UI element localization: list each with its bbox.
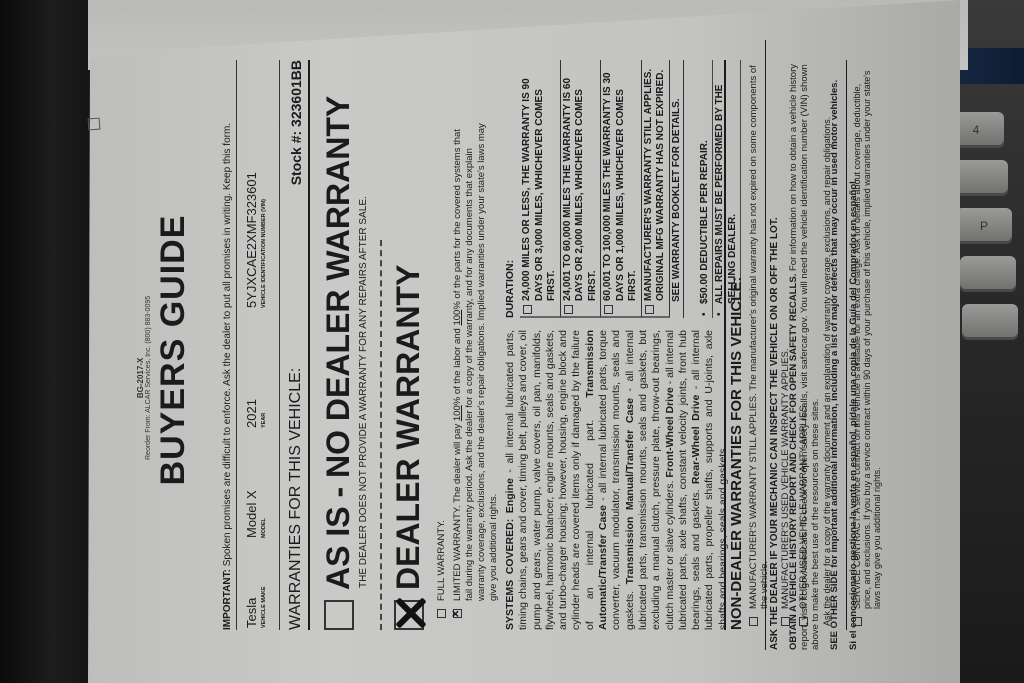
form-code: BG-2017-X [136,296,145,460]
important-text: Spoken promises are difficult to enforce… [222,123,233,566]
as-is-heading: AS IS - NO DEALER WARRANTY [320,96,357,590]
limited-warranty-option[interactable]: LIMITED WARRANTY. The dealer will pay 10… [452,120,500,618]
duration-label: DURATION: [504,60,516,318]
vehicle-model: Model X [244,430,259,538]
history-report: OBTAIN A VEHICLE HISTORY REPORT AND CHEC… [788,40,821,650]
labor-percent: 100 [452,405,463,421]
duration-checkbox[interactable] [564,305,573,314]
important-notice: IMPORTANT: Spoken promises are difficult… [222,60,237,630]
system-description: - all internal lubricated parts, timing … [504,330,596,630]
full-warranty-option[interactable]: FULL WARRANTY. [436,120,447,618]
full-warranty-label: FULL WARRANTY. [436,520,447,601]
vehicle-info-row: Tesla VEHICLE MAKE Model X MODEL 2021 YE… [244,60,280,630]
keyboard-key [962,304,1018,340]
duration-text: 24,000 MILES OR LESS, THE WARRANTY IS 90… [521,62,559,301]
limited-warranty-text: LIMITED WARRANTY. The dealer will pay 10… [452,120,500,601]
systems-covered: SYSTEMS COVERED: Engine - all internal l… [504,330,741,630]
stock-value: 323601BB [288,60,304,127]
systems-covered-list: Engine - all internal lubricated parts, … [504,330,729,630]
keyboard-key [960,256,1016,292]
vehicle-year-cell: 2021 YEAR [244,310,279,430]
dark-background [0,0,90,683]
keyboard-key [952,160,1008,196]
duration-checkbox[interactable] [523,305,532,314]
stock-number: Stock #: 323601BB [288,60,304,185]
duration-checkbox[interactable] [645,305,654,314]
page-title: BUYERS GUIDE [154,30,193,670]
duration-text: 24,001 TO 60,000 MILES THE WARRANTY IS 6… [562,62,600,301]
warranty-term-text: $50.00 DEDUCTIBLE PER REPAIR. [699,140,712,304]
system-name: Transmission Manual/Transfer Case [624,398,636,584]
stock-label: Stock #: [288,131,304,185]
vehicle-make-cell: Tesla VEHICLE MAKE [244,540,279,630]
dashed-divider [380,240,382,630]
duration-option[interactable]: 24,001 TO 60,000 MILES THE WARRANTY IS 6… [561,60,602,318]
duration-checkbox[interactable] [604,305,613,314]
duration-option[interactable]: MANUFACTURER'S WARRANTY STILL APPLIES. O… [642,60,670,318]
full-warranty-checkbox[interactable] [437,609,446,618]
duration-note: SEE WARRANTY BOOKLET FOR DETAILS. [670,60,684,318]
vehicle-make-label: VEHICLE MAKE [261,540,267,628]
important-label: IMPORTANT: [222,569,233,630]
system-name: Rear-Wheel Drive [690,395,702,484]
duration-options: 24,000 MILES OR LESS, THE WARRANTY IS 90… [520,60,670,318]
dealer-warranty-option[interactable]: DEALER WARRANTY [390,265,427,630]
vehicle-vin: 5YJXCAE2XMF323601 [244,60,259,308]
vehicle-model-label: MODEL [261,430,267,538]
vehicle-vin-cell: 5YJXCAE2XMF323601 VEHICLE IDENTIFICATION… [244,60,279,310]
as-is-subtext: THE DEALER DOES NOT PROVIDE A WARRANTY F… [358,196,369,588]
vehicle-year-label: YEAR [261,310,267,428]
systems-covered-label: SYSTEMS COVERED: [504,519,516,630]
form-vendor: BG-2017-X Reorder From: ALCAR Services, … [136,296,152,460]
nd-checkbox[interactable] [749,617,758,626]
limited-warranty-checkbox[interactable] [453,609,462,618]
warranties-heading-row: WARRANTIES FOR THIS VEHICLE: Stock #: 32… [284,60,310,630]
vendor-text: Reorder From: ALCAR Services, Inc. (800)… [145,296,152,460]
system-name: Front-Wheel Drive [664,387,676,477]
duration-option[interactable]: 24,000 MILES OR LESS, THE WARRANTY IS 90… [520,60,561,318]
see-other-side: SEE OTHER SIDE for important additional … [829,40,840,650]
lower-notices-content: ASK THE DEALER IF YOUR MECHANIC CAN INSP… [765,40,885,650]
as-is-option[interactable]: AS IS - NO DEALER WARRANTY [320,96,357,630]
spanish-notice: Si el concesionario gestiona la venta en… [848,40,859,650]
non-dealer-heading: NON-DEALER WARRANTIES FOR THIS VEHICLE: [724,60,745,630]
vehicle-year: 2021 [244,310,259,428]
lower-notices: ASK THE DEALER IF YOUR MECHANIC CAN INSP… [760,40,880,650]
vehicle-make: Tesla [244,540,259,628]
corner-checkbox [88,118,101,131]
parts-percent: 100 [452,310,463,326]
keyboard-key: P [956,208,1012,244]
duration-column: DURATION: 24,000 MILES OR LESS, THE WARR… [504,60,741,318]
vehicle-model-cell: Model X MODEL [244,430,279,540]
dealer-warranty-checkbox[interactable] [394,600,424,630]
vehicle-vin-label: VEHICLE IDENTIFICATION NUMBER (VIN) [261,60,267,308]
system-name: Engine [504,478,516,513]
coverage-section: SYSTEMS COVERED: Engine - all internal l… [504,60,741,630]
duration-option[interactable]: 60,001 TO 100,000 MILES THE WARRANTY IS … [601,60,642,318]
mechanic-notice: ASK THE DEALER IF YOUR MECHANIC CAN INSP… [765,40,780,650]
warranties-heading: WARRANTIES FOR THIS VEHICLE: [287,368,305,630]
duration-text: MANUFACTURER'S WARRANTY STILL APPLIES. O… [643,62,668,301]
warranty-term: •$50.00 DEDUCTIBLE PER REPAIR. [698,60,714,318]
dealer-warranty-heading: DEALER WARRANTY [390,265,427,590]
duration-text: 60,001 TO 100,000 MILES THE WARRANTY IS … [602,62,640,301]
as-is-checkbox[interactable] [324,600,354,630]
bullet-icon: • [699,304,712,316]
